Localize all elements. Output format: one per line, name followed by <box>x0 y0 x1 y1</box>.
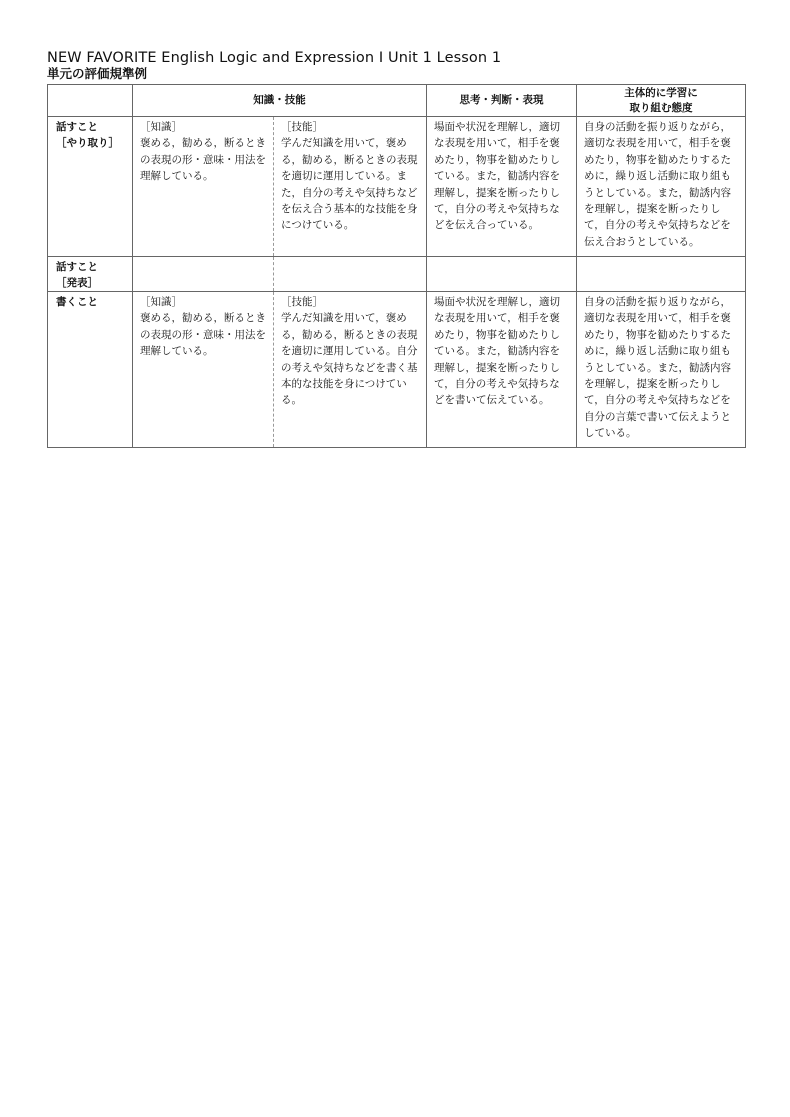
knowledge-cell: ［知識］ 褒める，勧める，断るときの表現の形・意味・用法を理解している。 <box>133 292 274 448</box>
header-attitude-line1: 主体的に学習に <box>581 86 741 101</box>
thinking-cell <box>427 257 577 292</box>
row-label: 話すこと ［やり取り］ <box>48 117 133 257</box>
attitude-cell: 自身の活動を振り返りながら，適切な表現を用いて，相手を褒めたり，物事を勧めたりす… <box>577 117 746 257</box>
attitude-cell: 自身の活動を振り返りながら，適切な表現を用いて，相手を褒めたり，物事を勧めたりす… <box>577 292 746 448</box>
header-thinking-judgment-expression: 思考・判断・表現 <box>427 85 577 117</box>
header-attitude: 主体的に学習に 取り組む態度 <box>577 85 746 117</box>
row-label-line1: 話すこと <box>56 259 126 275</box>
row-label-line2: ［発表］ <box>56 275 126 291</box>
skill-tag: ［技能］ <box>281 119 420 135</box>
skill-text: 学んだ知識を用いて，褒める，勧める，断るときの表現を適切に運用している。また，自… <box>281 135 420 233</box>
attitude-cell <box>577 257 746 292</box>
skill-cell: ［技能］ 学んだ知識を用いて，褒める，勧める，断るときの表現を適切に運用している… <box>274 117 427 257</box>
header-blank <box>48 85 133 117</box>
thinking-cell: 場面や状況を理解し，適切な表現を用いて，相手を褒めたり，物事を勧めたりしている。… <box>427 292 577 448</box>
row-label-line1: 書くこと <box>56 294 126 310</box>
knowledge-tag: ［知識］ <box>140 294 267 310</box>
knowledge-tag: ［知識］ <box>140 119 267 135</box>
thinking-cell: 場面や状況を理解し，適切な表現を用いて，相手を褒めたり，物事を勧めたりしている。… <box>427 117 577 257</box>
row-label-line1: 話すこと <box>56 119 126 135</box>
skill-text: 学んだ知識を用いて，褒める，勧める，断るときの表現を適切に運用している。自分の考… <box>281 310 420 408</box>
knowledge-text: 褒める，勧める，断るときの表現の形・意味・用法を理解している。 <box>140 310 267 359</box>
row-label: 話すこと ［発表］ <box>48 257 133 292</box>
header-knowledge-skill: 知識・技能 <box>133 85 427 117</box>
knowledge-cell <box>133 257 274 292</box>
skill-cell <box>274 257 427 292</box>
table-row-writing: 書くこと ［知識］ 褒める，勧める，断るときの表現の形・意味・用法を理解している… <box>48 292 746 448</box>
knowledge-text: 褒める，勧める，断るときの表現の形・意味・用法を理解している。 <box>140 135 267 184</box>
table-row-speaking-interaction: 話すこと ［やり取り］ ［知識］ 褒める，勧める，断るときの表現の形・意味・用法… <box>48 117 746 257</box>
knowledge-cell: ［知識］ 褒める，勧める，断るときの表現の形・意味・用法を理解している。 <box>133 117 274 257</box>
document-title: NEW FAVORITE English Logic and Expressio… <box>47 50 501 66</box>
row-label: 書くこと <box>48 292 133 448</box>
evaluation-criteria-table: 知識・技能 思考・判断・表現 主体的に学習に 取り組む態度 話すこと ［やり取り… <box>47 84 746 448</box>
header-row: 知識・技能 思考・判断・表現 主体的に学習に 取り組む態度 <box>48 85 746 117</box>
skill-tag: ［技能］ <box>281 294 420 310</box>
table-row-speaking-presentation: 話すこと ［発表］ <box>48 257 746 292</box>
document-subtitle: 単元の評価規準例 <box>47 66 147 81</box>
row-label-line2: ［やり取り］ <box>56 135 126 151</box>
skill-cell: ［技能］ 学んだ知識を用いて，褒める，勧める，断るときの表現を適切に運用している… <box>274 292 427 448</box>
header-attitude-line2: 取り組む態度 <box>581 101 741 116</box>
